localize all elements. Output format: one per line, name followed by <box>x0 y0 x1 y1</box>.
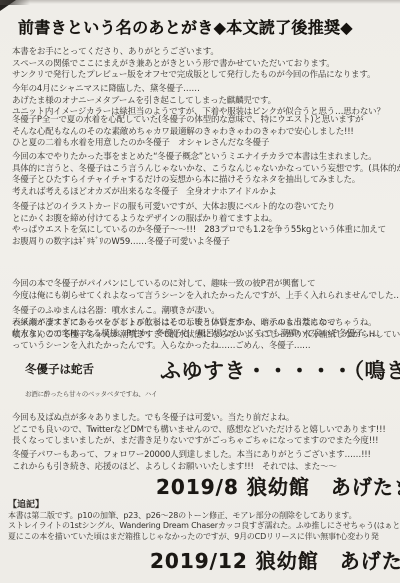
scan-corner-smudge <box>0 0 30 5</box>
paragraph-line: 今度は俺にも剃らせてくれよなって言うシーンを入れたかったんですが、上手く入れられ… <box>12 291 400 303</box>
bottle-paragraph: 表紙のイラストにあるペットボトル飲料はその示唆といいますか、暗示のようなもので … <box>12 318 400 353</box>
paragraph-line: やっぱウエストを気にしているのか冬優子～～!!! 283プロでも1.2を争う55… <box>12 225 400 237</box>
paragraph-line: 本書をお手にとってくださり、ありがとうございます。 <box>12 47 400 59</box>
paragraph-line: 冬優子とひたすらイチャイチャするだけの妄想から本に描けそうなネタを抽出してみまし… <box>12 175 400 187</box>
paragraph-line: あげたま様のオナニーメタブームを引き起こしてしまった麒麟児です。 <box>12 96 400 108</box>
paragraph-line: 冬優子はどのイラストカードの服も可愛いですが、大体お腹にベルト的なの巻いてたり <box>12 202 400 214</box>
paragraph-line: 冬優子P全一で夏の水着を心配していた(冬優子の体型的な意味で、特にウエスト)と思… <box>12 115 400 127</box>
paragraph-line: ひと夏の二着も水着を用意したのか冬優子 オシャレさんだな冬優子 <box>12 138 400 150</box>
paragraph-line: そんな心配もなんのそのな素敵めちゃカワ最適解のきゃわきゃわのきゃわで安心しました… <box>12 127 400 139</box>
paragraph-line: 今回の本で冬優子がパイパンにしているのに対して、趣味一致の彼P君が興奮して <box>12 279 400 291</box>
paragraph-line: 考えれば考えるほどオカズが出来るな冬優子 全身オナホアイドルかよ <box>12 187 400 199</box>
paragraph-line: 今回も及ばぬ点が多々ありました。でも冬優子は可愛い。当たり前だよね。 <box>12 413 400 425</box>
paragraph-line: どこでも良いので、TwitterなどDMでも構いませんので、感想などいただけると… <box>12 425 400 437</box>
paragraph-line: 今回の本でやりたかった事をまとめた“冬優子概念”というミエナイチカラで本書は生ま… <box>12 152 400 164</box>
signature-august: 2019/8 狼幼館 あげたま <box>156 471 400 500</box>
signature-december: 2019/12 狼幼館 あげたま <box>150 545 400 574</box>
snake-tongue-note: 冬優子は蛇舌 <box>25 361 94 377</box>
swimsuit-paragraph: 冬優子P全一で夏の水着を心配していた(冬優子の体型的な意味で、特にウエスト)と思… <box>12 115 400 150</box>
paragraph-line: 表紙のイラストにあるペットボトル飲料はその示唆といいますか、暗示のようなもので <box>12 318 400 330</box>
scene-paragraph: 今回の本で冬優子がパイパンにしているのに対して、趣味一致の彼P君が興奮して 今度… <box>12 279 400 302</box>
paragraph-line: スペースの関係でここにまえがき兼あとがきという形で書かせていただいております。 <box>12 59 400 71</box>
concept-paragraph: 今回の本でやりたかった事をまとめた“冬優子概念”というミエナイチカラで本書は生ま… <box>12 152 400 198</box>
postscript-header: 【追記】 <box>8 500 400 511</box>
feedback-paragraph: 今回も及ばぬ点が多々ありました。でも冬優子は可愛い。当たり前だよね。 どこでも良… <box>12 413 400 448</box>
paragraph-line: 冬優子のふゆまんは名器：噴水まんこ。潮噴きが凄い。 <box>12 306 400 318</box>
paragraph-line: っていうシーンを入れたかったんです。入らなかったね……ごめん、冬優子…… <box>12 341 400 353</box>
postscript-line: 本書は第二版です。p10の加筆、p23、p26～28のトーン修正、モアレ部分の削… <box>8 511 400 522</box>
page-title: 前書きという名のあとがき◆本文読了後推奨◆ <box>18 15 353 38</box>
scan-edge-shadow <box>0 0 400 4</box>
paragraph-line: 具体的に言うと、冬優子はこう言うんじゃないかな、こうなんじゃないかなっていう妄想… <box>12 164 400 176</box>
intro-paragraph: 本書をお手にとってくださり、ありがとうございます。 スペースの関係でここにまえが… <box>12 47 400 82</box>
fuyusuki-cry: ふゆすき・・・・・（鳴き声） <box>160 355 400 385</box>
postscript-line: ストレイライトの1stシングル、Wandering Dream Chaserカッ… <box>8 521 400 532</box>
outfit-paragraph: 冬優子はどのイラストカードの服も可愛いですが、大体お腹にベルト的なの巻いてたり … <box>12 202 400 248</box>
postscript-line: 夏にこの本を描いていた頃はまだ箱推しじゃなかったのですが、9月のCDリリースに伴… <box>8 532 400 543</box>
postscript: 【追記】 本書は第二版です。p10の加筆、p23、p26～28のトーン修正、モア… <box>8 500 400 542</box>
paragraph-line: 冬優子パワーもあって、フォロワー20000人到達しました。本当にありがとうござい… <box>12 450 400 462</box>
followers-paragraph: 冬優子パワーもあって、フォロワー20000人到達しました。本当にありがとうござい… <box>12 450 400 473</box>
paragraph-line: 長くなってしまいましたが、まだ書き足りないですがごっちゃごちゃになってますのでま… <box>12 436 400 448</box>
afterword-page: 前書きという名のあとがき◆本文読了後推奨◆ 本書をお手にとってくださり、ありがと… <box>0 0 400 583</box>
paragraph-line: 噴水まんこの冬優子ちゃんが潮噴きすぎて脱水状態にならないようにしっかり水分補給し… <box>12 330 400 342</box>
paragraph-line: お腹周りの数字はｷﾞﾘｷﾞﾘのW59……冬優子可愛いよ冬優子 <box>12 237 400 249</box>
paragraph-line: とにかくお腹を締め付けてるようなデザインの服ばかり着てますよね。 <box>12 214 400 226</box>
fuyuko-intro-paragraph: 今年の4月にシャニマスに降臨した、黛冬優子…… あげたま様のオナニーメタブームを… <box>12 84 400 119</box>
paragraph-line: 今年の4月にシャニマスに降臨した、黛冬優子…… <box>12 84 400 96</box>
drunk-note: お酒に酔ったら甘々のベッタベタですね、ハイ <box>25 389 157 398</box>
paragraph-line: サンクリで発行したプレビュー版をオフセで完成版として発行したものが今回の作品にな… <box>12 70 400 82</box>
